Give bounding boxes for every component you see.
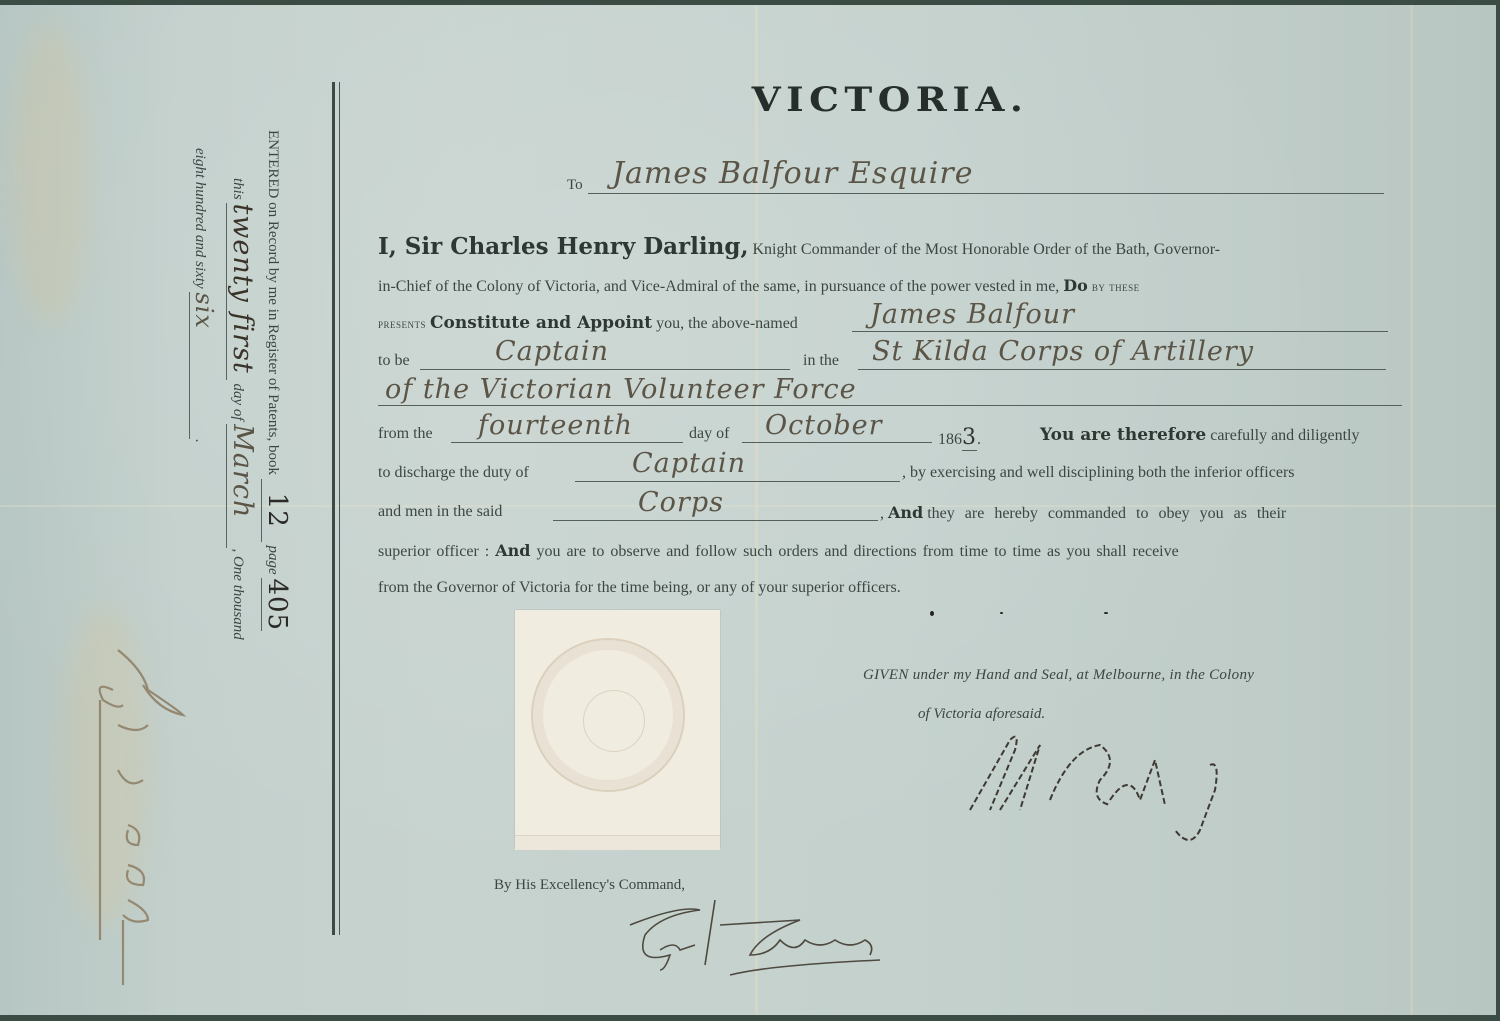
body-line-2: in-Chief of the Colony of Victoria, and … xyxy=(378,276,1140,296)
command-label: By His Excellency's Command, xyxy=(494,877,685,894)
rank-underline xyxy=(420,369,790,370)
margin-double-rule xyxy=(332,82,340,935)
duty-underline xyxy=(575,481,900,482)
ink-dot xyxy=(1104,612,1108,614)
appointee-name: James Balfour xyxy=(870,299,1075,330)
document-title: VICTORIA. xyxy=(681,80,1099,120)
addressee-underline xyxy=(588,193,1384,194)
ink-dot xyxy=(1000,612,1003,614)
to-label: To xyxy=(567,177,583,194)
commission-year: 1863. xyxy=(938,425,981,450)
body-line-4-prefix: to be xyxy=(378,352,410,370)
secretary-signature: Geo. Verdon xyxy=(620,895,890,985)
body-line-6-rest: You are therefore carefully and diligent… xyxy=(1040,425,1360,445)
body-line-6-prefix: from the xyxy=(378,425,433,443)
registrar-signature: Brooke xyxy=(88,640,188,1000)
rank-value: Captain xyxy=(495,336,609,367)
unit-continuation-underline xyxy=(378,405,1402,406)
body-line-9: superior officer : And you are to observ… xyxy=(378,541,1179,561)
body-line-6-mid: day of xyxy=(689,425,729,443)
governor-signature: C. H. Darling xyxy=(960,730,1280,850)
body-line-10: from the Governor of Victoria for the ti… xyxy=(378,579,901,597)
corps-underline xyxy=(553,520,878,521)
addressee-name: James Balfour Esquire xyxy=(612,156,973,191)
month-underline xyxy=(742,442,932,443)
given-line-2: of Victoria aforesaid. xyxy=(918,706,1045,723)
body-line-1: I, Sir Charles Henry Darling, Knight Com… xyxy=(378,233,1220,260)
ink-dot xyxy=(930,611,934,616)
corps-value: Corps xyxy=(638,487,724,518)
day-underline xyxy=(451,442,683,443)
unit-underline xyxy=(858,369,1386,370)
body-line-7-rest: , by exercising and well disciplining bo… xyxy=(902,464,1295,482)
registry-line-3: eight hundred and sixty six. xyxy=(190,148,218,443)
registry-line-2: this twenty first day of March, One thou… xyxy=(227,178,258,640)
commission-month: October xyxy=(765,410,883,441)
given-line-1: GIVEN under my Hand and Seal, at Melbour… xyxy=(863,667,1254,684)
seal-emboss xyxy=(531,638,685,792)
governor-name: I, Sir Charles Henry Darling, xyxy=(378,233,748,260)
body-line-3: presents Constitute and Appoint you, the… xyxy=(378,313,798,333)
commission-day: fourteenth xyxy=(478,410,633,441)
body-line-7-prefix: to discharge the duty of xyxy=(378,464,529,482)
duty-value: Captain xyxy=(632,448,746,479)
unit-continuation: of the Victorian Volunteer Force xyxy=(385,374,857,405)
fold-crease-vertical xyxy=(1410,5,1413,1015)
paper-stain xyxy=(10,25,90,325)
body-line-8-rest: , And they are hereby commanded to obey … xyxy=(880,503,1286,523)
body-line-4-mid: in the xyxy=(803,352,839,370)
registry-line-1: ENTERED on Record by me in Register of P… xyxy=(262,130,292,631)
appointee-underline xyxy=(852,331,1388,332)
body-line-8-prefix: and men in the said xyxy=(378,503,502,521)
paper-seal xyxy=(515,610,720,848)
unit-value: St Kilda Corps of Artillery xyxy=(872,336,1254,367)
